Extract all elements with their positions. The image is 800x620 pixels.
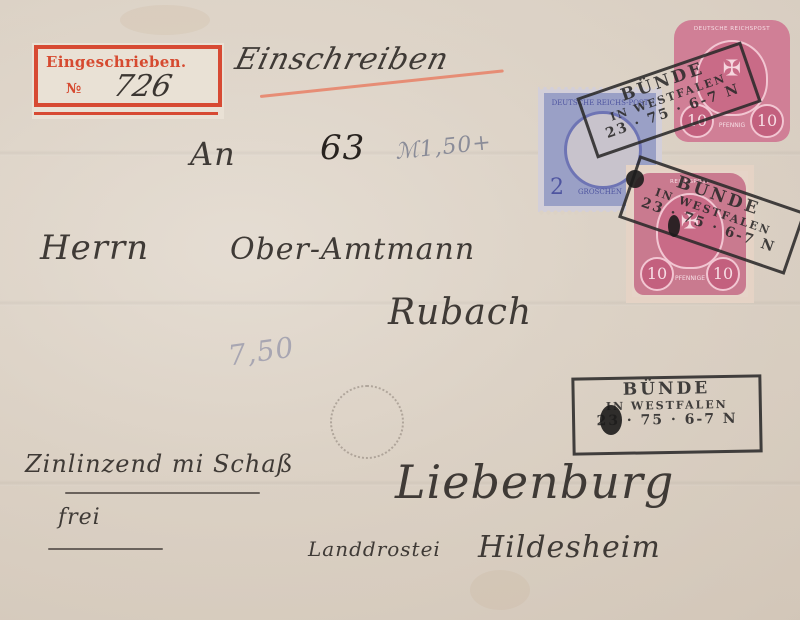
- paper-stain: [470, 570, 530, 610]
- handwritten-destination: Liebenburg: [395, 455, 674, 509]
- pencil-price-note: ℳ1,50+: [394, 130, 493, 165]
- stamp-value: 10: [750, 104, 784, 138]
- note-underline: [65, 492, 260, 494]
- paper-stain: [120, 5, 210, 35]
- label-rule: [34, 112, 218, 115]
- handwritten-district: Hildesheim: [478, 530, 661, 565]
- ink-blot: [600, 405, 622, 435]
- handwritten-note-line2: frei: [58, 505, 101, 530]
- handwritten-salutation: Herrn: [40, 228, 149, 268]
- handwritten-recipient-title: Ober-Amtmann: [230, 232, 475, 267]
- ink-blot: [626, 170, 644, 188]
- handwritten-header: Einschreiben: [232, 42, 453, 77]
- handwritten-recipient-name: Rubach: [388, 292, 532, 333]
- handwritten-district-label: Landdrostei: [308, 537, 441, 561]
- registration-label: Eingeschrieben. № 726: [32, 43, 224, 119]
- stamp-value: 10: [640, 257, 674, 291]
- faint-postmark: [330, 385, 404, 459]
- stamp-value: 10: [706, 257, 740, 291]
- registration-number-prefix: №: [66, 81, 81, 97]
- ink-blot: [668, 215, 680, 237]
- registration-number: 726: [110, 69, 175, 104]
- stamp-country: DEUTSCHE REICHSPOST: [674, 26, 790, 32]
- handwritten-an-number: 63: [320, 128, 365, 168]
- stamp-unit: PFENNIGE: [674, 275, 706, 282]
- note-underline: [48, 548, 163, 550]
- stamp-unit: PFENNIG: [714, 122, 750, 129]
- handwritten-note-line1: Zinlinzend mi Schaß: [25, 450, 294, 478]
- envelope: Eingeschrieben. № 726 Einschreiben An 63…: [0, 0, 800, 620]
- pencil-mark: 7,50: [226, 331, 296, 373]
- handwritten-an: An: [190, 135, 236, 173]
